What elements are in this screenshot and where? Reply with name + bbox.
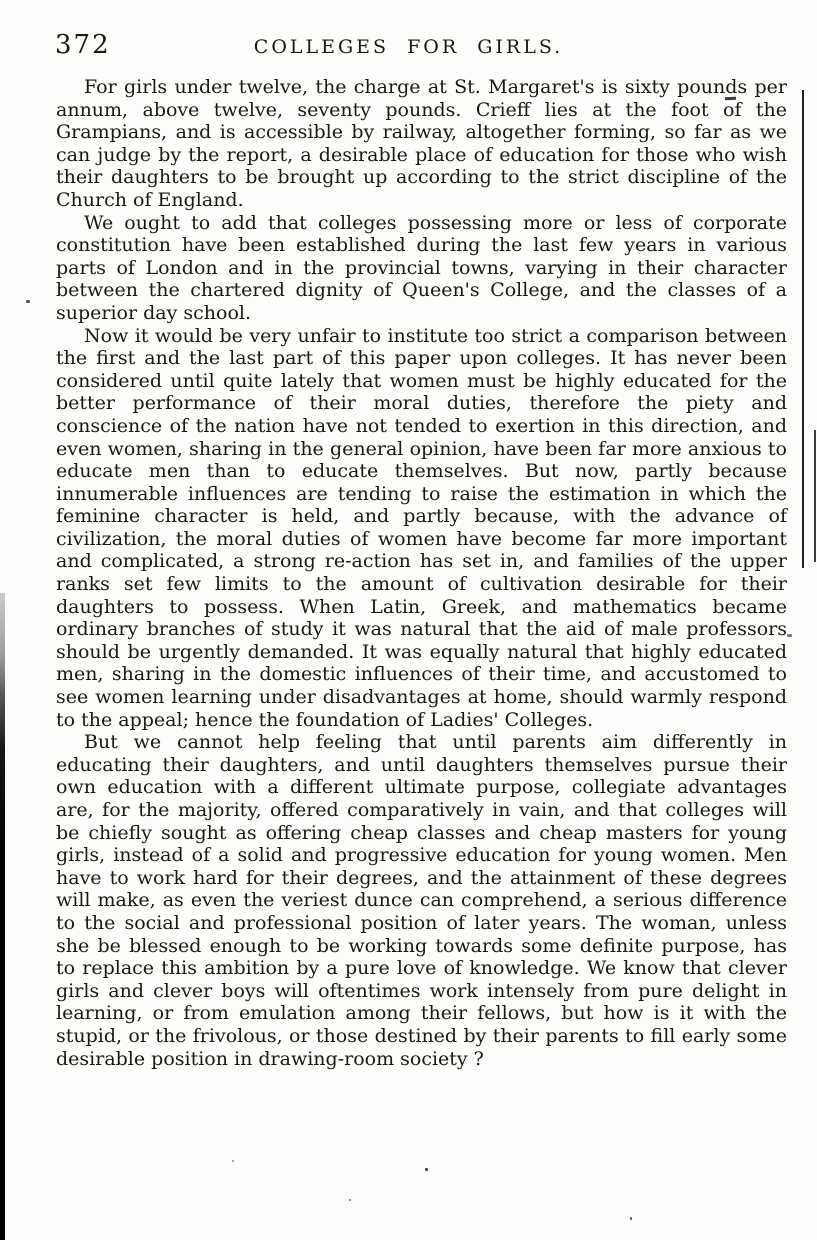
scan-speck	[26, 300, 30, 303]
paragraph: Now it would be very unfair to institute…	[56, 325, 787, 732]
scan-speck	[425, 1168, 428, 1171]
scan-artifact-right-line-short	[814, 430, 816, 562]
scan-artifact-left-bar	[0, 593, 5, 1240]
article-body: For girls under twelve, the charge at St…	[56, 76, 787, 1070]
scanned-book-page: 372 COLLEGES FOR GIRLS. For girls under …	[0, 0, 817, 1240]
paragraph: We ought to add that colleges possessing…	[56, 212, 787, 325]
scan-speck	[349, 1199, 351, 1201]
running-head: 372 COLLEGES FOR GIRLS.	[0, 28, 817, 68]
scan-artifact-dash	[725, 97, 736, 101]
scan-speck	[232, 1160, 234, 1162]
paragraph: For girls under twelve, the charge at St…	[56, 76, 787, 212]
scan-speck	[630, 1217, 632, 1220]
paragraph: But we cannot help feeling that until pa…	[56, 731, 787, 1070]
scan-speck	[762, 132, 764, 134]
scan-speck	[787, 634, 792, 637]
scan-artifact-right-line	[802, 90, 804, 568]
page-title: COLLEGES FOR GIRLS.	[0, 36, 817, 58]
